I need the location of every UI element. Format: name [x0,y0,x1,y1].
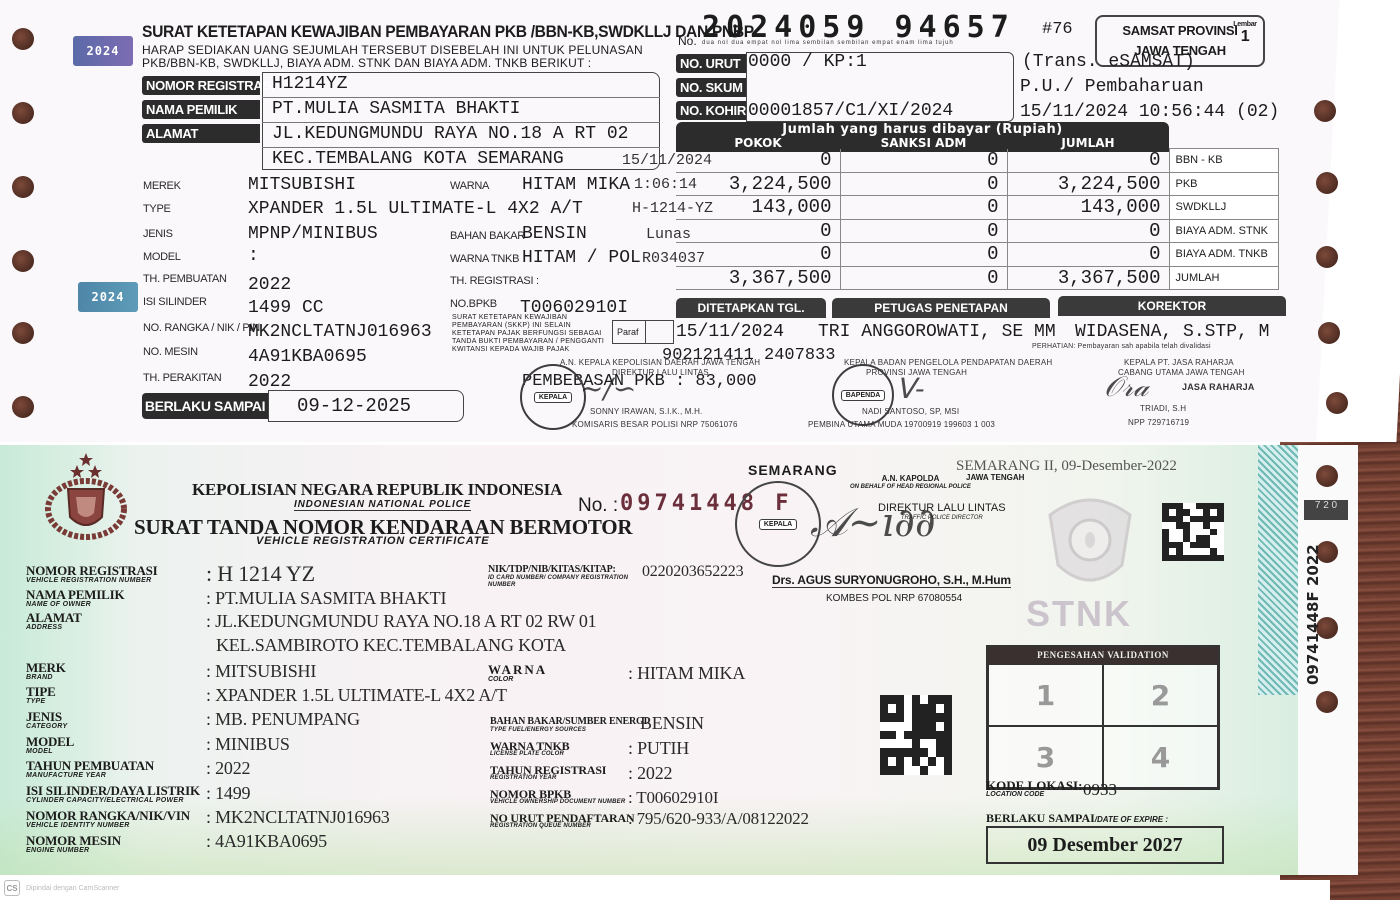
payment-cell-jumlah: 143,000 [1007,196,1169,220]
value-nomor-mesin: : 4A91KBA0695 [206,831,327,852]
value-warna-tnkb: HITAM / POL [522,248,641,268]
payment-row-label: JUMLAH [1169,266,1279,290]
payment-row-label: PKB [1169,172,1279,196]
value-warna-tnkb: : PUTIH [628,738,689,759]
stnk-card: KEPOLISIAN NEGARA REPUBLIK INDONESIA IND… [0,445,1298,875]
tab-ditetapkan-tgl: DITETAPKAN TGL. [676,298,826,318]
label-isi-silinder: ISI SILINDER/DAYA LISTRIKCYLINDER CAPACI… [26,785,200,805]
validation-grid: PENGESAHAN VALIDATION 1 2 3 4 [986,645,1220,790]
value-no-urut-pendaftaran: : 795/620-933/A/08122022 [628,809,809,829]
on-behalf: A.N. KAPOLDAON BEHALF OF HEAD REGIONAL P… [850,475,971,491]
payment-cell-jumlah: 0 [1007,219,1169,243]
payment-row-label: SWDKLLJ [1169,196,1279,220]
label-tahun-pembuatan: TAHUN PEMBUATANMANUFACTURE YEAR [26,760,154,780]
label-kode-lokasi: KODE LOKASI:LOCATION CODE [986,780,1082,798]
perforation-hole [12,396,34,418]
label-berlaku-sampai: BERLAKU SAMPAI [142,393,268,419]
value-kode-lokasi: 0933 [1083,780,1117,800]
validation-cell: 4 [1103,726,1218,788]
camscanner-icon: CS [4,880,20,896]
value-no-rangka: MK2NCLTATNJ016963 [248,322,432,342]
perforation-hole [12,250,34,272]
assessment-officer: TRI ANGGOROWATI, SE MM [818,322,1056,342]
stnk-emblem-icon [1040,485,1140,595]
value-isi-silinder: : 1499 [206,783,250,804]
director-name: Drs. AGUS SURYONUGROHO, S.H., M.Hum [772,573,1011,588]
value-nama-pemilik: : PT.MULIA SASMITA BHAKTI [206,588,446,609]
payment-cell-sanksi: 0 [840,196,1007,220]
value-nomor-rangka: : MK2NCLTATNJ016963 [206,807,390,828]
payment-cell-pokok: 3,224,500 [676,172,840,196]
label-warna-tnkb: WARNA TNKB [450,253,519,265]
payment-row: 143,0000143,000SWDKLLJ [676,196,1279,220]
year-badge: 2024 [73,36,133,66]
payment-cell-jumlah: 0 [1007,243,1169,267]
label-model: MODELMODEL [26,736,74,756]
issuer-city: SEMARANG [748,462,838,478]
signature-icon: ~∕∽ [580,372,636,405]
perforation-hole [1316,172,1338,194]
value-bahan-bakar: BENSIN [522,224,587,244]
value-merek: MITSUBISHI [248,175,356,195]
label-nomor-bpkb: NOMOR BPKBVEHICLE OWNERSHIP DOCUMENT NUM… [490,789,625,806]
stnk-watermark: STNK [1026,593,1132,635]
label-th-perakitan: TH. PERAKITAN [143,372,221,384]
perforation-hole [1314,100,1336,122]
assessment-corrector: WIDASENA, S.STP, M [1075,322,1269,342]
value-nomor-bpkb: : T00602910I [628,788,718,808]
notice-perhatian: PERHATIAN: Pembayaran sah apabila telah … [1032,343,1211,350]
bapenda-stamp: BAPENDA [832,364,894,426]
police-stamp: KEPALA [735,481,821,567]
doc-number-words: dua nol dua empat nol lima sembilan semb… [702,40,954,46]
signature-icon: ᐯ- [896,372,925,405]
value-nomor-registrasi: : H 1214 YZ [206,561,315,587]
value-jenis: MPNP/MINIBUS [248,224,378,244]
payment-cell-jumlah: 0 [1007,149,1169,173]
label-no-bpkb: NO.BPKB [450,298,497,310]
label-no-urut: NO. URUT [676,54,746,73]
signature-icon: 𝒪𝓇𝒶 [1104,370,1149,404]
value-model: : MINIBUS [206,734,290,755]
label-isi-silinder: ISI SILINDER [143,296,207,308]
skkp-receipt: 2024 2024 SURAT KETETAPAN KEWAJIBAN PEMB… [0,0,1368,442]
value-no-kohir: 00001857/C1/XI/2024 [748,101,953,121]
label-th-pembuatan: TH. PEMBUATAN [143,273,227,285]
label-nomor-registrasi: NOMOR REGISTRASI [142,76,260,95]
label-merek: MEREK [143,180,181,192]
label-warna: WARNACOLOR [488,664,547,684]
label-nama-pemilik: NAMA PEMILIKNAME OF OWNER [26,589,124,609]
label-bahan-bakar: BAHAN BAKAR/SUMBER ENERGI:TYPE FUEL/ENER… [490,717,650,734]
value-tahun-pembuatan: : 2022 [206,758,250,779]
label-no-urut-pendaftaran: NO URUT PENDAFTARANREGISTRATION QUEUE NU… [490,813,634,830]
perforation-hole [12,176,34,198]
value-alamat-line2: KEL.SAMBIROTO KEC.TEMBALANG KOTA [216,635,566,656]
label-nik: NIK/TDP/NIB/KITAS/KITAP:ID CARD NUMBER/ … [488,565,638,589]
value-tipe: : XPANDER 1.5L ULTIMATE-L 4X2 A/T [206,685,507,706]
payment-cell-sanksi: 0 [840,266,1007,290]
value-th-pembuatan: 2022 [248,275,291,295]
label-tahun-registrasi: TAHUN REGISTRASIREGISTRATION YEAR [490,765,606,782]
value-type: XPANDER 1.5L ULTIMATE-L 4X2 A/T [248,199,583,219]
payment-row: 000BIAYA ADM. STNK [676,219,1279,243]
payment-cell-pokok: 0 [676,243,840,267]
value-nomor-registrasi: H1214YZ [272,74,348,94]
doc-number-prefix: No. [678,34,697,48]
label-no-skum: NO. SKUM [676,78,746,97]
value-warna: HITAM MIKA [522,175,630,195]
institution-name-en: INDONESIAN NATIONAL POLICE [294,499,471,511]
label-merk: MERKBRAND [26,662,66,682]
stnk-side-strip: 7 2 0 09741448F 2022 [1298,445,1358,875]
value-model: : [248,246,259,266]
value-nama-pemilik: PT.MULIA SASMITA BHAKTI [272,99,520,119]
trans-info-line1: (Trans. eSAMSAT) [1022,52,1195,72]
value-berlaku-sampai: 09-12-2025 [268,390,464,422]
director-rank: KOMBES POL NRP 67080554 [826,593,962,604]
doc-suffix: #76 [1042,20,1073,39]
skkp-note: SURAT KETETAPAN KEWAJIBAN PEMBAYARAN (SK… [452,314,612,354]
value-bahan-bakar: BENSIN [640,713,704,734]
label-no-mesin: NO. MESIN [143,346,198,358]
value-warna: : HITAM MIKA [628,663,745,684]
payment-cell-pokok: 0 [676,219,840,243]
paraf-box: Paraf [612,320,674,344]
tab-korektor: KOREKTOR [1058,296,1286,316]
label-expiry: BERLAKU SAMPAI/DATE OF EXPIRE : [986,811,1168,826]
label-bahan-bakar: BAHAN BAKAR [450,230,525,242]
perforation-hole [1326,392,1348,414]
label-tipe: TIPETYPE [26,686,56,706]
value-jenis: : MB. PENUMPANG [206,709,360,730]
side-box: 7 2 0 [1304,500,1348,520]
label-alamat: ALAMATADDRESS [26,612,82,632]
payment-cell-pokok: 143,000 [676,196,840,220]
value-merk: : MITSUBISHI [206,661,316,682]
payment-cell-jumlah: 3,224,500 [1007,172,1169,196]
value-tahun-registrasi: : 2022 [628,763,672,784]
jasa-raharja-stamp: JASA RAHARJA [1182,382,1255,392]
label-jenis: JENIS [143,228,173,240]
payment-row: 000BBN - KB [676,149,1279,173]
label-nomor-rangka: NOMOR RANGKA/NIK/VINVEHICLE IDENTITY NUM… [26,810,190,830]
stnk-number-label: No. : [578,495,618,517]
payment-cell-sanksi: 0 [840,243,1007,267]
payment-cell-sanksi: 0 [840,219,1007,243]
value-nik: 0220203652223 [642,563,743,581]
label-type: TYPE [143,203,171,215]
label-jenis: JENISCATEGORY [26,711,67,731]
value-alamat-line1: : JL.KEDUNGMUNDU RAYA NO.18 A RT 02 RW 0… [206,611,596,632]
payment-row: 3,367,50003,367,500JUMLAH [676,266,1279,290]
label-nomor-mesin: NOMOR MESINENGINE NUMBER [26,835,121,855]
value-no-mesin: 4A91KBA0695 [248,347,367,367]
value-alamat-line2: KEC.TEMBALANG KOTA SEMARANG [272,149,564,169]
value-no-urut: 0000 / KP:1 [748,52,867,72]
payment-cell-pokok: 3,367,500 [676,266,840,290]
payment-row: 3,224,50003,224,500PKB [676,172,1279,196]
perforation-hole [1318,322,1340,344]
label-model: MODEL [143,251,181,263]
perforation-hole [1316,246,1338,268]
payment-row-label: BIAYA ADM. STNK [1169,219,1279,243]
label-no-kohir: NO. KOHIR [676,101,746,120]
perforation-hole [12,322,34,344]
payment-table: 000BBN - KB3,224,50003,224,500PKB143,000… [676,148,1279,290]
perforation-hole [1316,465,1338,487]
validation-cell: 2 [1103,664,1218,726]
perforation-hole [12,102,34,124]
payment-cell-jumlah: 3,367,500 [1007,266,1169,290]
label-warna: WARNA [450,180,489,192]
security-pattern [1258,445,1298,695]
value-isi-silinder: 1499 CC [248,298,324,318]
payment-row-label: BIAYA ADM. TNKB [1169,243,1279,267]
issuer-region: JAWA TENGAH [966,473,1024,482]
year-badge: 2024 [78,282,138,312]
assessment-date: 15/11/2024 [676,322,784,342]
label-alamat: ALAMAT [142,124,260,143]
qr-code-icon [880,695,952,775]
value-alamat-line1: JL.KEDUNGMUNDU RAYA NO.18 A RT 02 [272,124,628,144]
institution-name: KEPOLISIAN NEGARA REPUBLIK INDONESIA [192,480,562,500]
perforation-hole [1316,691,1338,713]
qr-code-icon [1162,503,1224,561]
trans-info-line2: P.U./ Pembaharuan [1020,77,1204,97]
payment-row-label: BBN - KB [1169,149,1279,173]
trans-info-timestamp: 15/11/2024 10:56:44 (02) [1020,102,1279,122]
polri-emblem-icon [44,451,128,541]
label-nomor-registrasi: NOMOR REGISTRASIVEHICLE REGISTRATION NUM… [26,565,158,585]
validation-cell: 1 [988,664,1103,726]
scanner-watermark: CS Dipindai dengan CamScanner [4,880,119,896]
label-th-registrasi: TH. REGISTRASI : [450,275,539,287]
tab-petugas-penetapan: PETUGAS PENETAPAN [832,298,1050,318]
side-serial-number: 09741448F 2022 [1304,544,1322,685]
label-warna-tnkb: WARNA TNKBLICENSE PLATE COLOR [490,741,569,758]
value-th-perakitan: 2022 [248,372,291,392]
label-nama-pemilik: NAMA PEMILIK [142,100,260,119]
payment-cell-pokok: 0 [676,149,840,173]
signature-icon: 𝒜~ı∂∂ [810,500,936,546]
payment-cell-sanksi: 0 [840,172,1007,196]
value-expiry: 09 Desember 2027 [986,826,1224,864]
skkp-subtitle: HARAP SEDIAKAN UANG SEJUMLAH TERSEBUT DI… [142,44,643,70]
label-no-rangka: NO. RANGKA / NIK / PIN [143,322,260,334]
payment-row: 000BIAYA ADM. TNKB [676,243,1279,267]
stnk-title-en: VEHICLE REGISTRATION CERTIFICATE [256,535,489,547]
skkp-title: SURAT KETETAPAN KEWAJIBAN PEMBAYARAN PKB… [142,22,754,42]
perforation-hole [12,28,34,50]
payment-cell-sanksi: 0 [840,149,1007,173]
